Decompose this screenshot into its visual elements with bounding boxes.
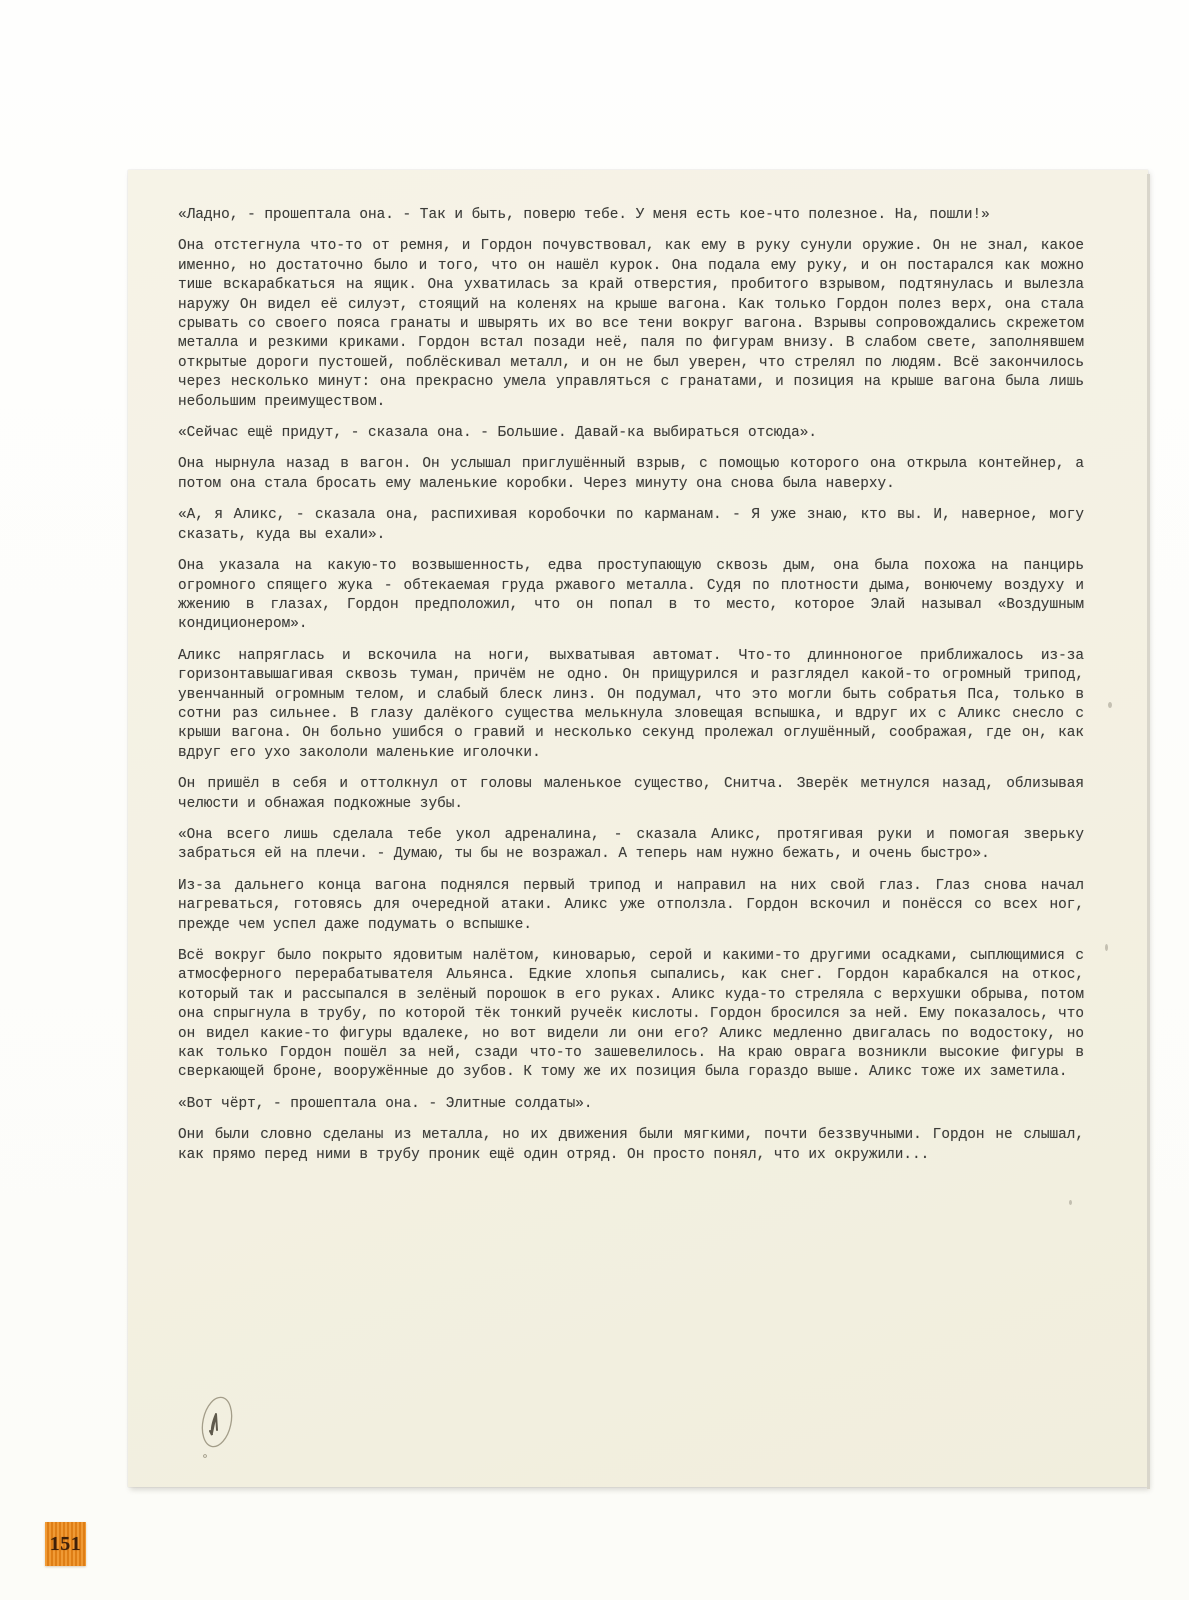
scan-speck-icon <box>1108 702 1112 708</box>
scan-speck-icon <box>1069 1200 1072 1205</box>
paragraph: Она нырнула назад в вагон. Он услышал пр… <box>178 455 1084 494</box>
paragraph: Из-за дальнего конца вагона поднялся пер… <box>178 877 1084 935</box>
paragraph: «Она всего лишь сделала тебе укол адрена… <box>178 826 1084 865</box>
paragraph: «Ладно, - прошептала она. - Так и быть, … <box>178 206 1084 225</box>
page-number: 151 <box>50 1533 82 1556</box>
paragraph: Он пришёл в себя и оттолкнул от головы м… <box>178 775 1084 814</box>
paragraph: «Вот чёрт, - прошептала она. - Элитные с… <box>178 1095 1084 1114</box>
scanned-page-background: «Ладно, - прошептала она. - Так и быть, … <box>0 0 1189 1600</box>
paragraph: Она отстегнула что-то от ремня, и Гордон… <box>178 237 1084 412</box>
paragraph: «А, я Аликс, - сказала она, распихивая к… <box>178 506 1084 545</box>
paragraph: Они были словно сделаны из металла, но и… <box>178 1126 1084 1165</box>
paragraph: Аликс напряглась и вскочила на ноги, вых… <box>178 647 1084 763</box>
page-number-badge: 151 <box>45 1522 86 1566</box>
paragraph: Всё вокруг было покрыто ядовитым налётом… <box>178 947 1084 1083</box>
paragraph: Она указала на какую-то возвышенность, е… <box>178 557 1084 635</box>
paragraph: «Сейчас ещё придут, - сказала она. - Бол… <box>178 424 1084 443</box>
story-text: «Ладно, - прошептала она. - Так и быть, … <box>178 206 1084 1177</box>
scan-speck-icon <box>1105 944 1108 951</box>
paper-sheet: «Ладно, - прошептала она. - Так и быть, … <box>128 170 1148 1487</box>
pencil-scribble-mark <box>190 1388 244 1464</box>
